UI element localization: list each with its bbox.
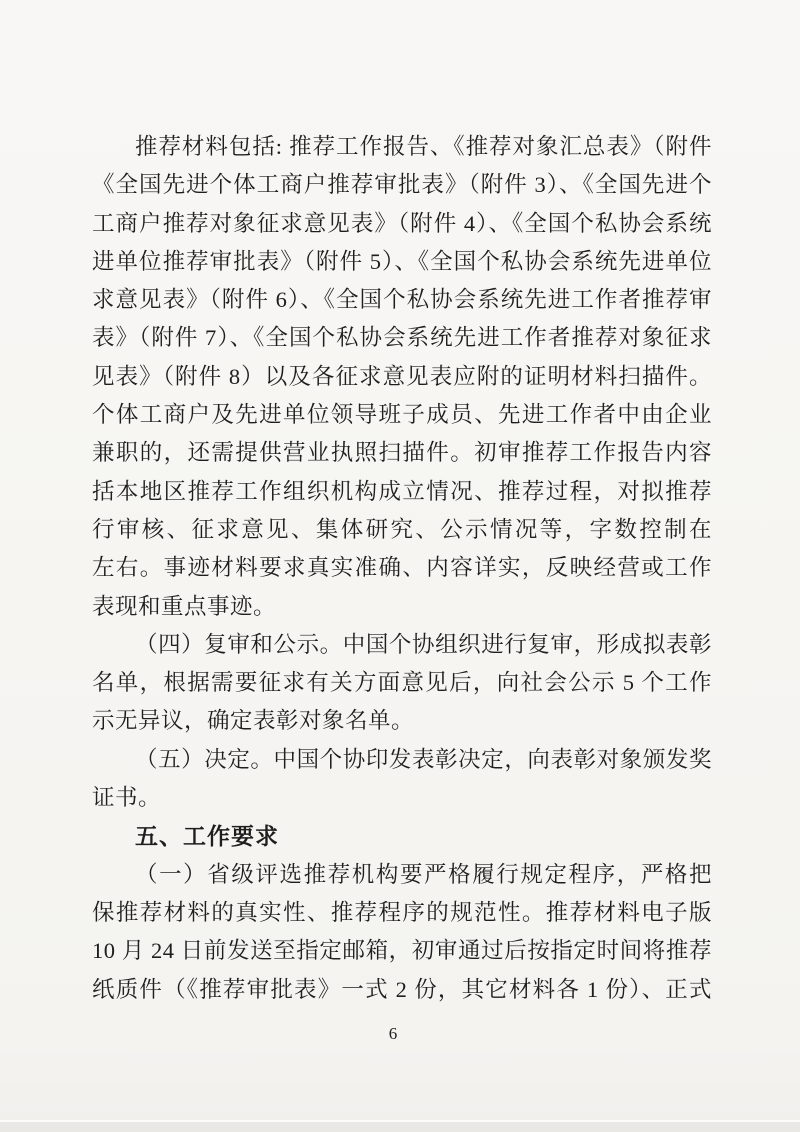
section-heading: 五、工作要求 xyxy=(92,817,712,855)
text-line: 示无异议，确定表彰对象名单。 xyxy=(92,702,712,740)
text-line: 工商户推荐对象征求意见表》（附件 4）、《全国个私协会系统先 xyxy=(92,205,712,243)
text-line: 纸质件（《推荐审批表》一式 2 份，其它材料各 1 份）、正式推荐 xyxy=(92,971,712,1009)
text-line: 10 月 24 日前发送至指定邮箱，初审通过后按指定时间将推荐材料 xyxy=(92,932,712,970)
text-line: 证书。 xyxy=(92,779,712,817)
text-line: 保推荐材料的真实性、推荐程序的规范性。推荐材料电子版请于 xyxy=(92,894,712,932)
document-body: 推荐材料包括: 推荐工作报告、《推荐对象汇总表》（附件 2）、 《全国先进个体工… xyxy=(92,128,712,1009)
text-line: 名单，根据需要征求有关方面意见后，向社会公示 5 个工作日。公 xyxy=(92,664,712,702)
text-line: 《全国先进个体工商户推荐审批表》（附件 3）、《全国先进个体 xyxy=(92,166,712,204)
text-line: 兼职的，还需提供营业执照扫描件。初审推荐工作报告内容必须包 xyxy=(92,434,712,472)
text-line: 推荐材料包括: 推荐工作报告、《推荐对象汇总表》（附件 2）、 xyxy=(92,128,712,166)
text-line: 进单位推荐审批表》（附件 5）、《全国个私协会系统先进单位征 xyxy=(92,243,712,281)
text-line: 个体工商户及先进单位领导班子成员、先进工作者中由企业负责人 xyxy=(92,396,712,434)
text-line: 表现和重点事迹。 xyxy=(92,588,712,626)
text-line: 求意见表》（附件 6）、《全国个私协会系统先进工作者推荐审批 xyxy=(92,281,712,319)
text-line: （五）决定。中国个协印发表彰决定，向表彰对象颁发奖牌、 xyxy=(92,741,712,779)
text-line: （四）复审和公示。中国个协组织进行复审，形成拟表彰对象 xyxy=(92,626,712,664)
text-line: 行审核、征求意见、集体研究、公示情况等，字数控制在 1500 字 xyxy=(92,511,712,549)
text-line: 见表》（附件 8）以及各征求意见表应附的证明材料扫描件。先进 xyxy=(92,358,712,396)
page-number: 6 xyxy=(0,1024,786,1044)
scanned-page-background: 推荐材料包括: 推荐工作报告、《推荐对象汇总表》（附件 2）、 《全国先进个体工… xyxy=(0,0,800,1132)
text-line: 左右。事迹材料要求真实准确、内容详实，反映经营或工作的一贯 xyxy=(92,549,712,587)
text-line: 表》（附件 7）、《全国个私协会系统先进工作者推荐对象征求意 xyxy=(92,319,712,357)
text-line: 括本地区推荐工作组织机构成立情况、推荐过程，对拟推荐对象进 xyxy=(92,473,712,511)
text-line: （一）省级评选推荐机构要严格履行规定程序，严格把关，确 xyxy=(92,856,712,894)
scan-edge-shadow xyxy=(0,1120,800,1132)
